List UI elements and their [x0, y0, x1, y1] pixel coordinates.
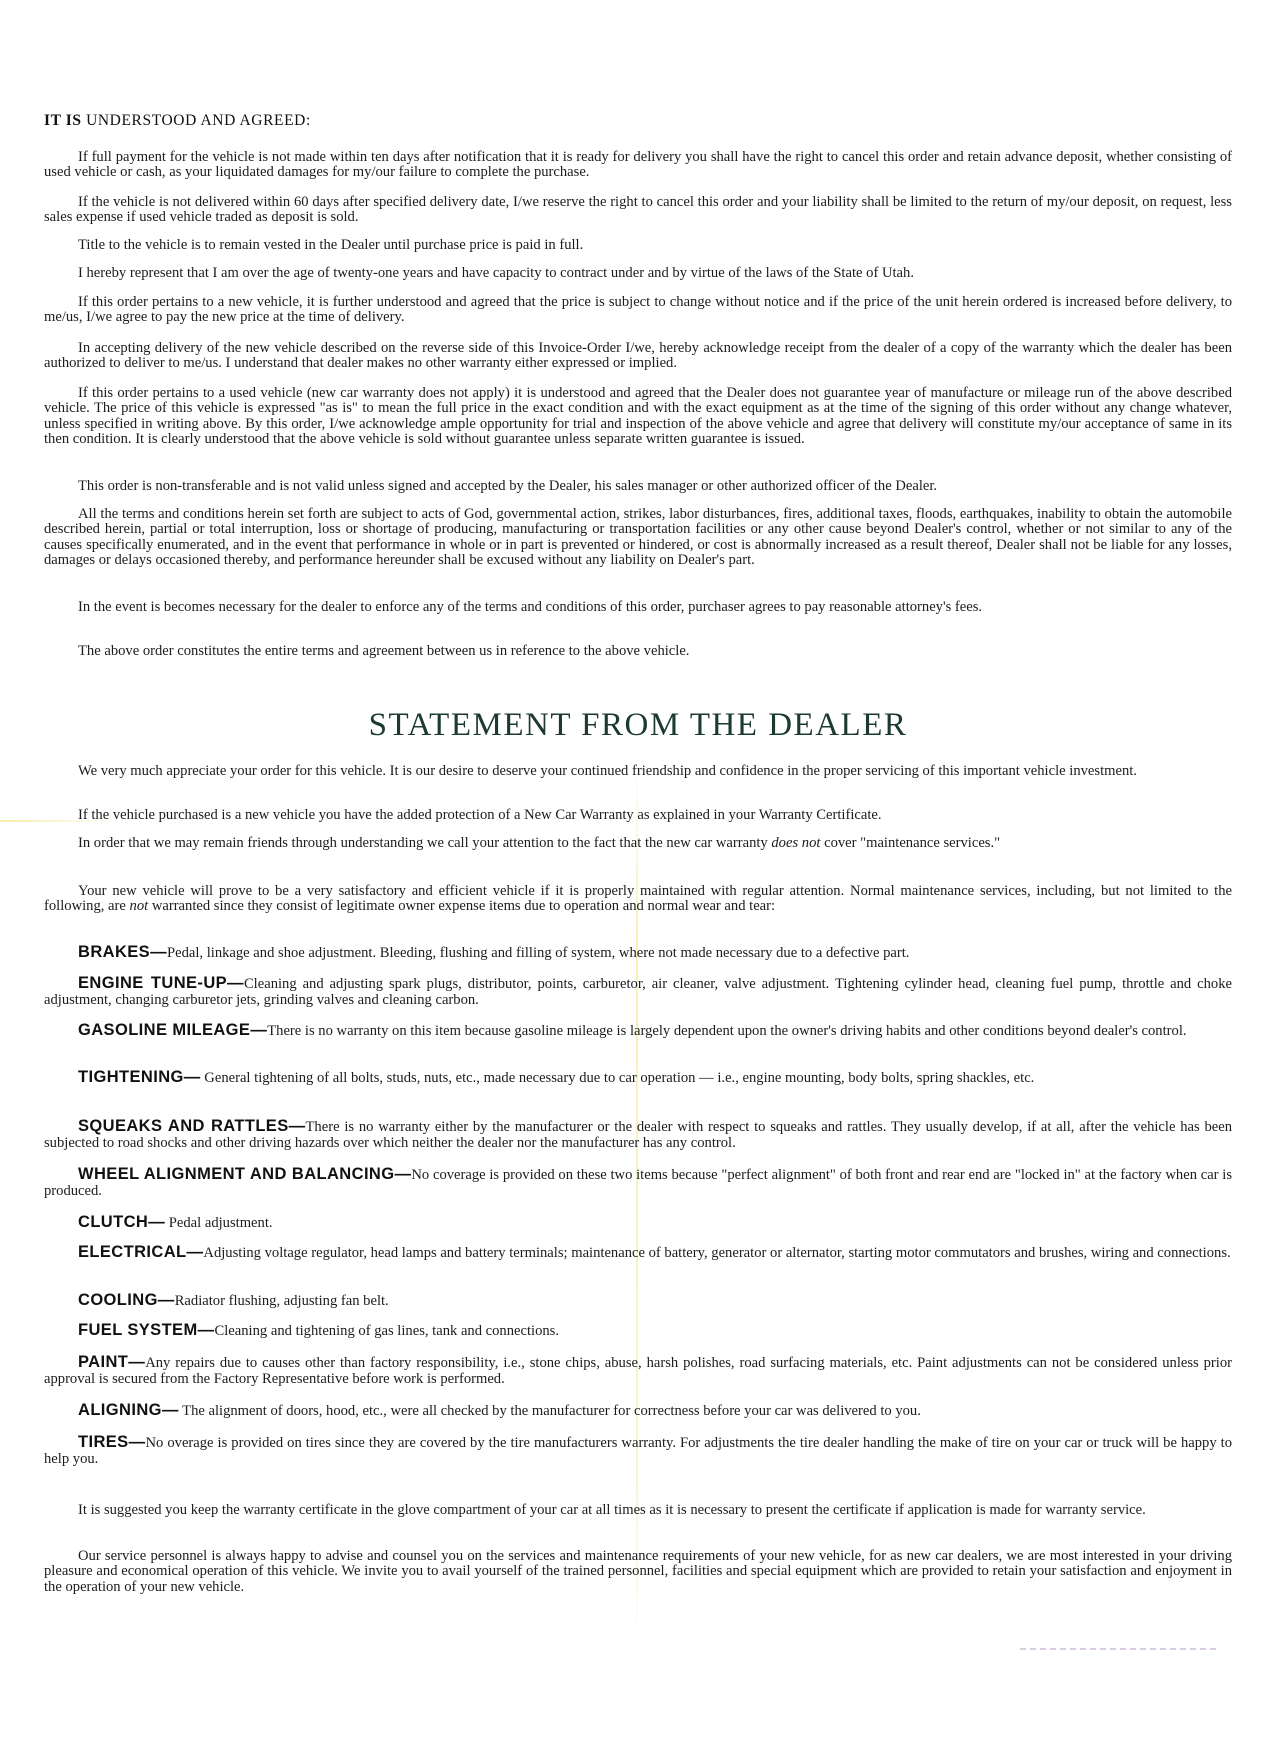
item-term: BRAKES—	[78, 943, 167, 961]
statement-title: STATEMENT FROM THE DEALER	[0, 707, 1276, 744]
item-term: ELECTRICAL—	[78, 1243, 203, 1261]
item-term: TIGHTENING—	[78, 1068, 201, 1086]
item-term: PAINT—	[78, 1353, 145, 1371]
item-paint: PAINT—Any repairs due to causes other th…	[44, 1354, 1232, 1387]
item-gasoline-mileage: GASOLINE MILEAGE—There is no warranty on…	[44, 1022, 1232, 1039]
terms-heading-bold: IT IS	[44, 112, 82, 129]
terms-paragraph-3: Title to the vehicle is to remain vested…	[44, 238, 1232, 253]
closing-paragraph-1: It is suggested you keep the warranty ce…	[44, 1503, 1232, 1518]
item-tightening: TIGHTENING— General tightening of all bo…	[44, 1069, 1232, 1086]
terms-paragraph-11: The above order constitutes the entire t…	[44, 644, 1232, 659]
item-clutch: CLUTCH— Pedal adjustment.	[44, 1214, 1232, 1231]
item-term: SQUEAKS AND RATTLES—	[78, 1117, 306, 1135]
closing-paragraph-2: Our service personnel is always happy to…	[44, 1549, 1232, 1595]
statement-intro-2: If the vehicle purchased is a new vehicl…	[44, 808, 1232, 823]
terms-paragraph-5: If this order pertains to a new vehicle,…	[44, 295, 1232, 326]
terms-paragraph-4: I hereby represent that I am over the ag…	[44, 266, 1232, 281]
item-aligning: ALIGNING— The alignment of doors, hood, …	[44, 1402, 1232, 1419]
terms-paragraph-7: If this order pertains to a used vehicle…	[44, 386, 1232, 448]
terms-heading: IT IS UNDERSTOOD AND AGREED:	[44, 112, 311, 130]
terms-paragraph-10: In the event is becomes necessary for th…	[44, 600, 1232, 615]
item-squeaks-and-rattles: SQUEAKS AND RATTLES—There is no warranty…	[44, 1118, 1232, 1151]
emphasis-does-not: does not	[771, 835, 820, 851]
item-wheel-alignment: WHEEL ALIGNMENT AND BALANCING—No coverag…	[44, 1166, 1232, 1199]
item-term: COOLING—	[78, 1291, 175, 1309]
item-cooling: COOLING—Radiator flushing, adjusting fan…	[44, 1292, 1232, 1309]
item-term: ENGINE TUNE-UP—	[78, 974, 244, 992]
emphasis-not: not	[130, 898, 149, 914]
terms-paragraph-2: If the vehicle is not delivered within 6…	[44, 195, 1232, 226]
statement-maintenance-paragraph: Your new vehicle will prove to be a very…	[44, 884, 1232, 915]
terms-paragraph-6: In accepting delivery of the new vehicle…	[44, 341, 1232, 372]
terms-paragraph-8: This order is non-transferable and is no…	[44, 479, 1232, 494]
terms-paragraph-1: If full payment for the vehicle is not m…	[44, 150, 1232, 181]
paper-smudge	[1020, 1648, 1220, 1650]
terms-heading-rest: UNDERSTOOD AND AGREED:	[82, 112, 311, 129]
item-term: CLUTCH—	[78, 1213, 165, 1231]
item-engine-tune-up: ENGINE TUNE-UP—Cleaning and adjusting sp…	[44, 975, 1232, 1008]
item-term: WHEEL ALIGNMENT AND BALANCING—	[78, 1165, 411, 1183]
statement-intro-1: We very much appreciate your order for t…	[44, 764, 1232, 779]
item-tires: TIRES—No overage is provided on tires si…	[44, 1434, 1232, 1467]
item-term: GASOLINE MILEAGE—	[78, 1021, 267, 1039]
terms-paragraph-9: All the terms and conditions herein set …	[44, 507, 1232, 569]
item-term: FUEL SYSTEM—	[78, 1321, 215, 1339]
document-page: IT IS UNDERSTOOD AND AGREED: If full pay…	[0, 0, 1276, 1754]
item-term: TIRES—	[78, 1433, 146, 1451]
item-electrical: ELECTRICAL—Adjusting voltage regulator, …	[44, 1244, 1232, 1261]
statement-friends-paragraph: In order that we may remain friends thro…	[44, 836, 1232, 851]
item-brakes: BRAKES—Pedal, linkage and shoe adjustmen…	[44, 944, 1232, 961]
item-fuel-system: FUEL SYSTEM—Cleaning and tightening of g…	[44, 1322, 1232, 1339]
item-term: ALIGNING—	[78, 1401, 179, 1419]
